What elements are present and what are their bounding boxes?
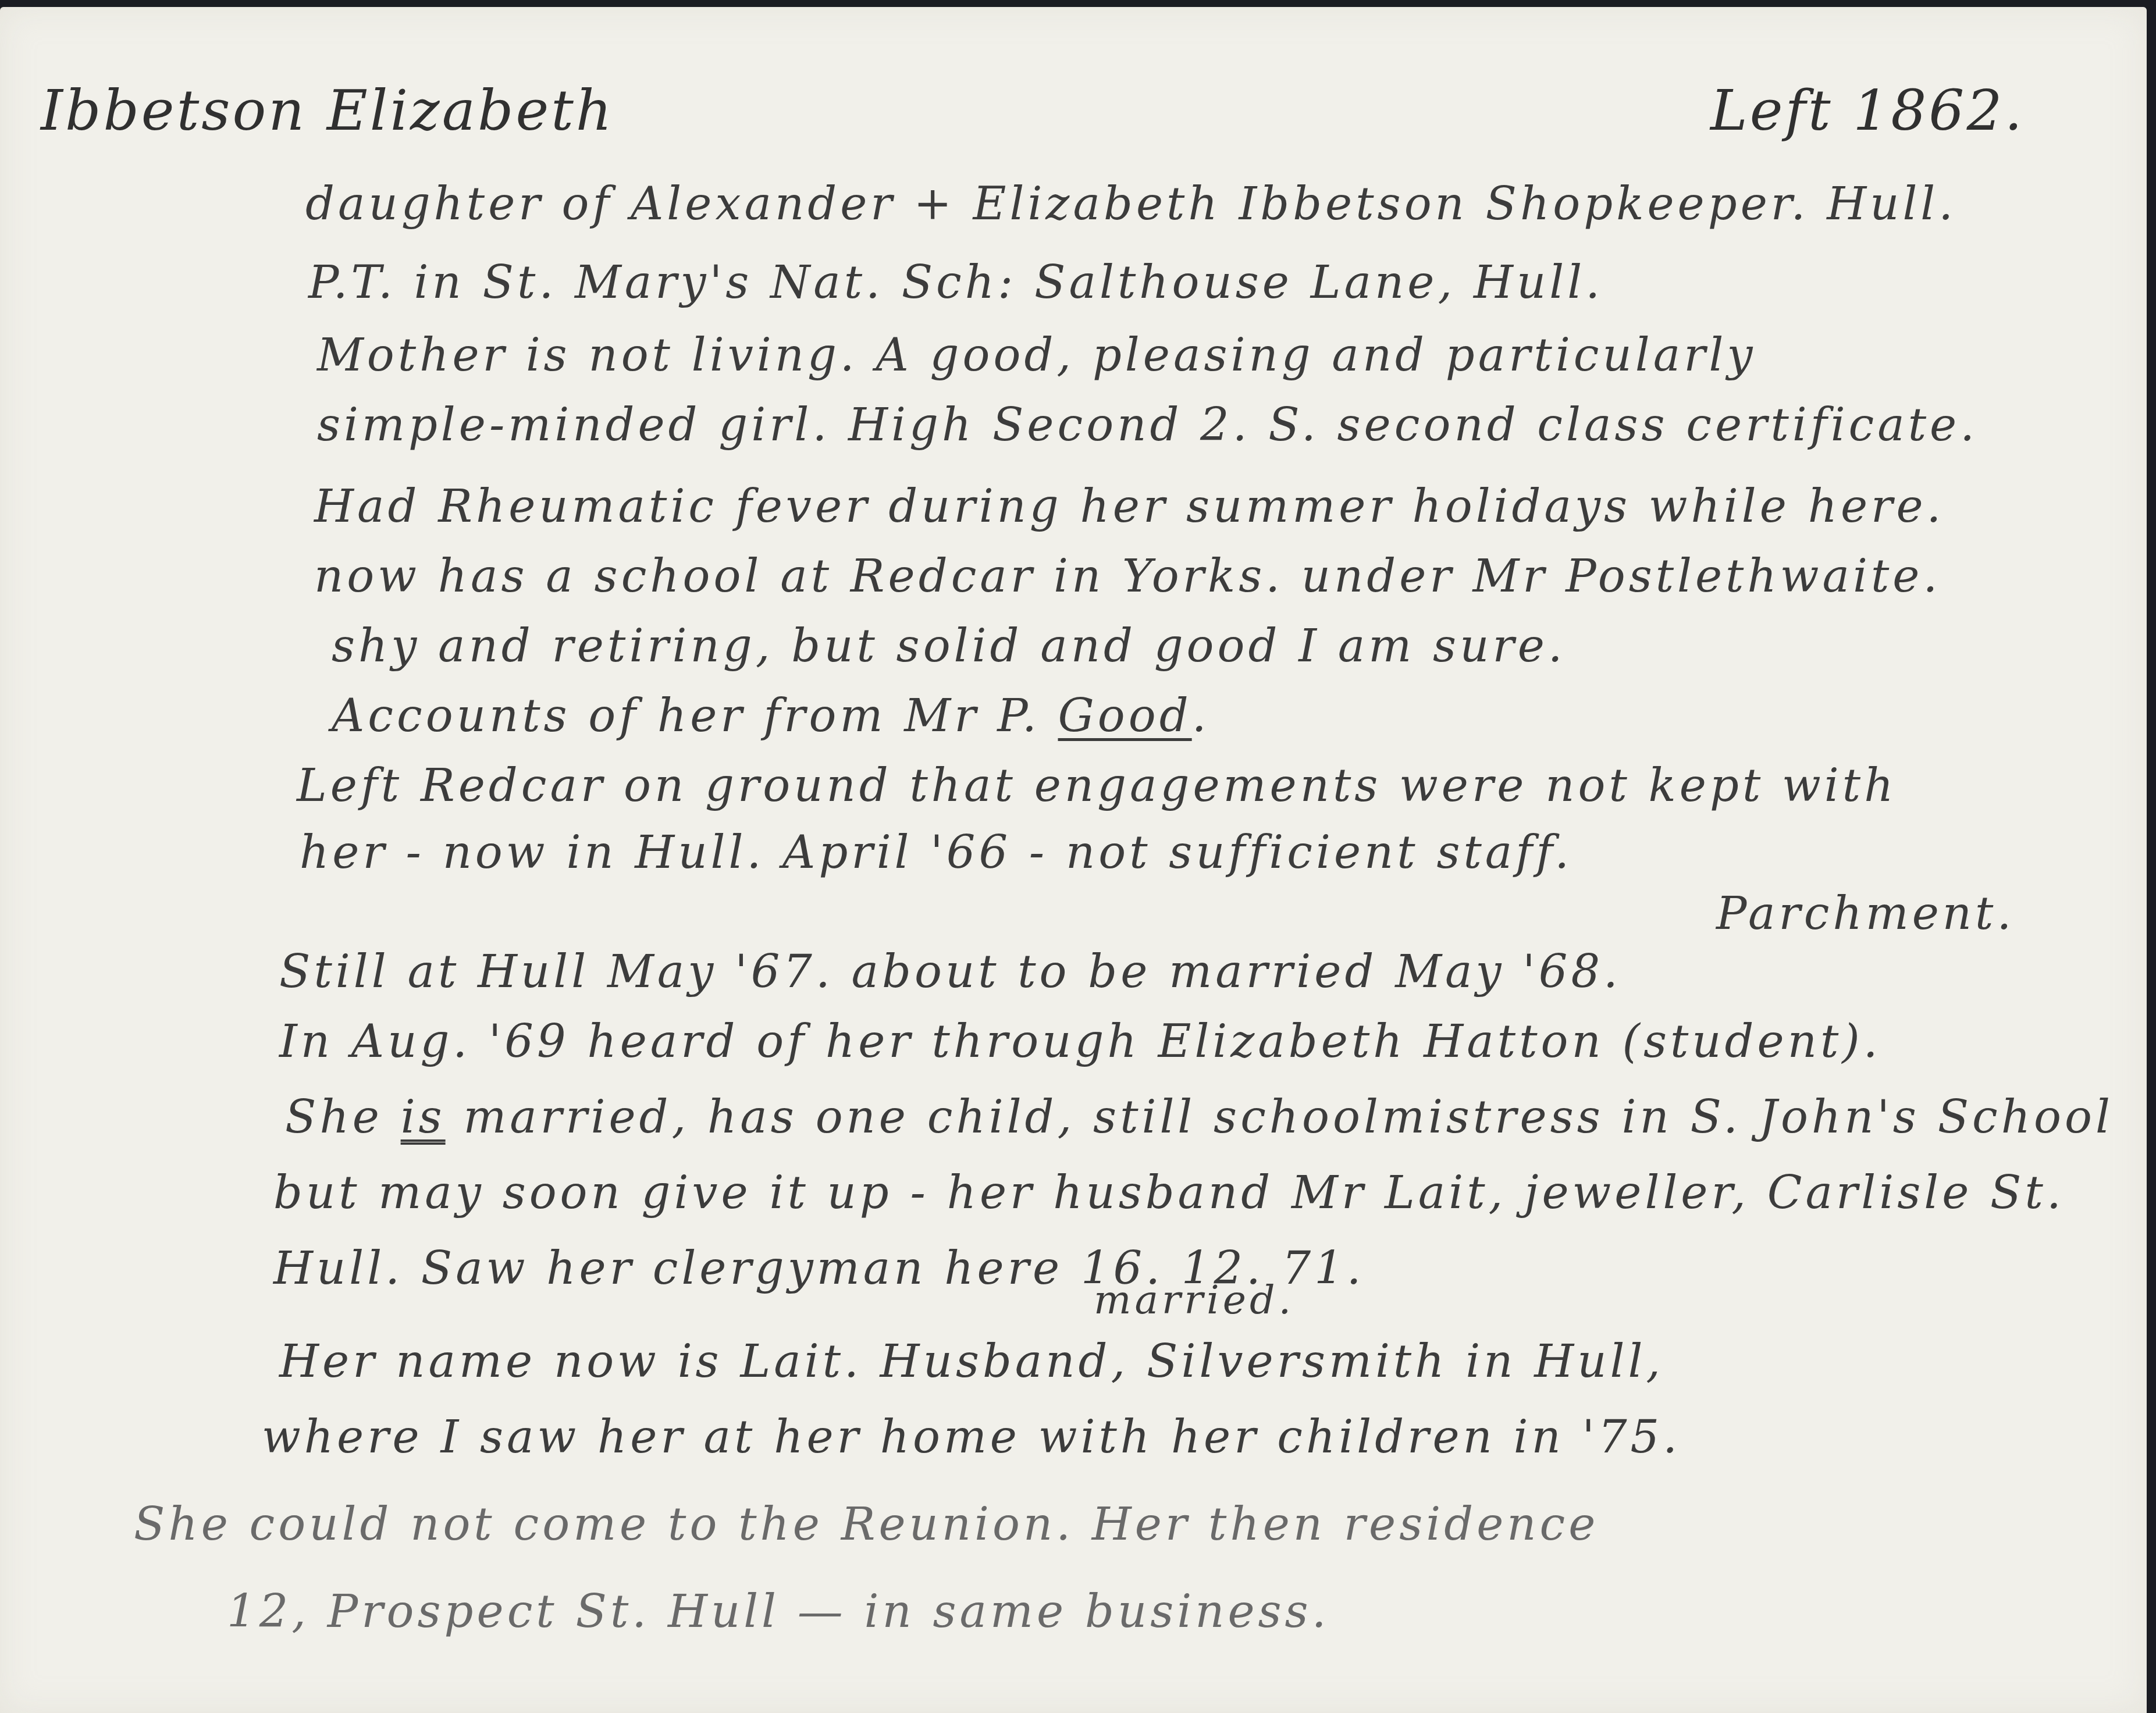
entry-parchment: Parchment. <box>1716 891 2015 936</box>
entry-left-redcar-1: Left Redcar on ground that engagements w… <box>297 763 1897 809</box>
entry-parentage: daughter of Alexander + Elizabeth Ibbets… <box>305 181 1956 227</box>
entry-accounts: Accounts of her from Mr P. Good. <box>332 693 1209 739</box>
entry-married: She is married, has one child, still sch… <box>285 1095 2114 1140</box>
underlined-is: is <box>401 1091 446 1144</box>
entry-name-now: Her name now is Lait. Husband, Silversmi… <box>279 1339 1664 1384</box>
entry-character-2: simple-minded girl. High Second 2. S. se… <box>317 403 1978 448</box>
entry-character-1: Mother is not living. A good, pleasing a… <box>317 333 1756 378</box>
entry-illness: Had Rheumatic fever during her summer ho… <box>314 484 1944 529</box>
entry-school: P.T. in St. Mary's Nat. Sch: Salthouse L… <box>308 260 1603 305</box>
student-name: Ibbetson Elizabeth <box>41 83 614 138</box>
left-year: Left 1862. <box>1710 83 2025 138</box>
entry-temperament: shy and retiring, but solid and good I a… <box>332 624 1566 669</box>
entry-left-redcar-2: her - now in Hull. April '66 - not suffi… <box>300 830 1572 875</box>
entry-still-at-hull: Still at Hull May '67. about to be marri… <box>279 949 1621 995</box>
underlined-good: Good <box>1058 690 1191 742</box>
record-card: Ibbetson Elizabeth Left 1862. daughter o… <box>0 7 2147 1713</box>
entry-residence: 12, Prospect St. Hull — in same business… <box>227 1589 1329 1634</box>
entry-heard-1869: In Aug. '69 heard of her through Elizabe… <box>279 1019 1881 1064</box>
entry-husband: but may soon give it up - her husband Mr… <box>273 1170 2065 1216</box>
entry-redcar-school: now has a school at Redcar in Yorks. und… <box>314 554 1941 599</box>
entry-married-note: married. <box>1094 1281 1294 1320</box>
entry-reunion: She could not come to the Reunion. Her t… <box>134 1502 1599 1547</box>
entry-visit-1875: where I saw her at her home with her chi… <box>262 1415 1681 1460</box>
